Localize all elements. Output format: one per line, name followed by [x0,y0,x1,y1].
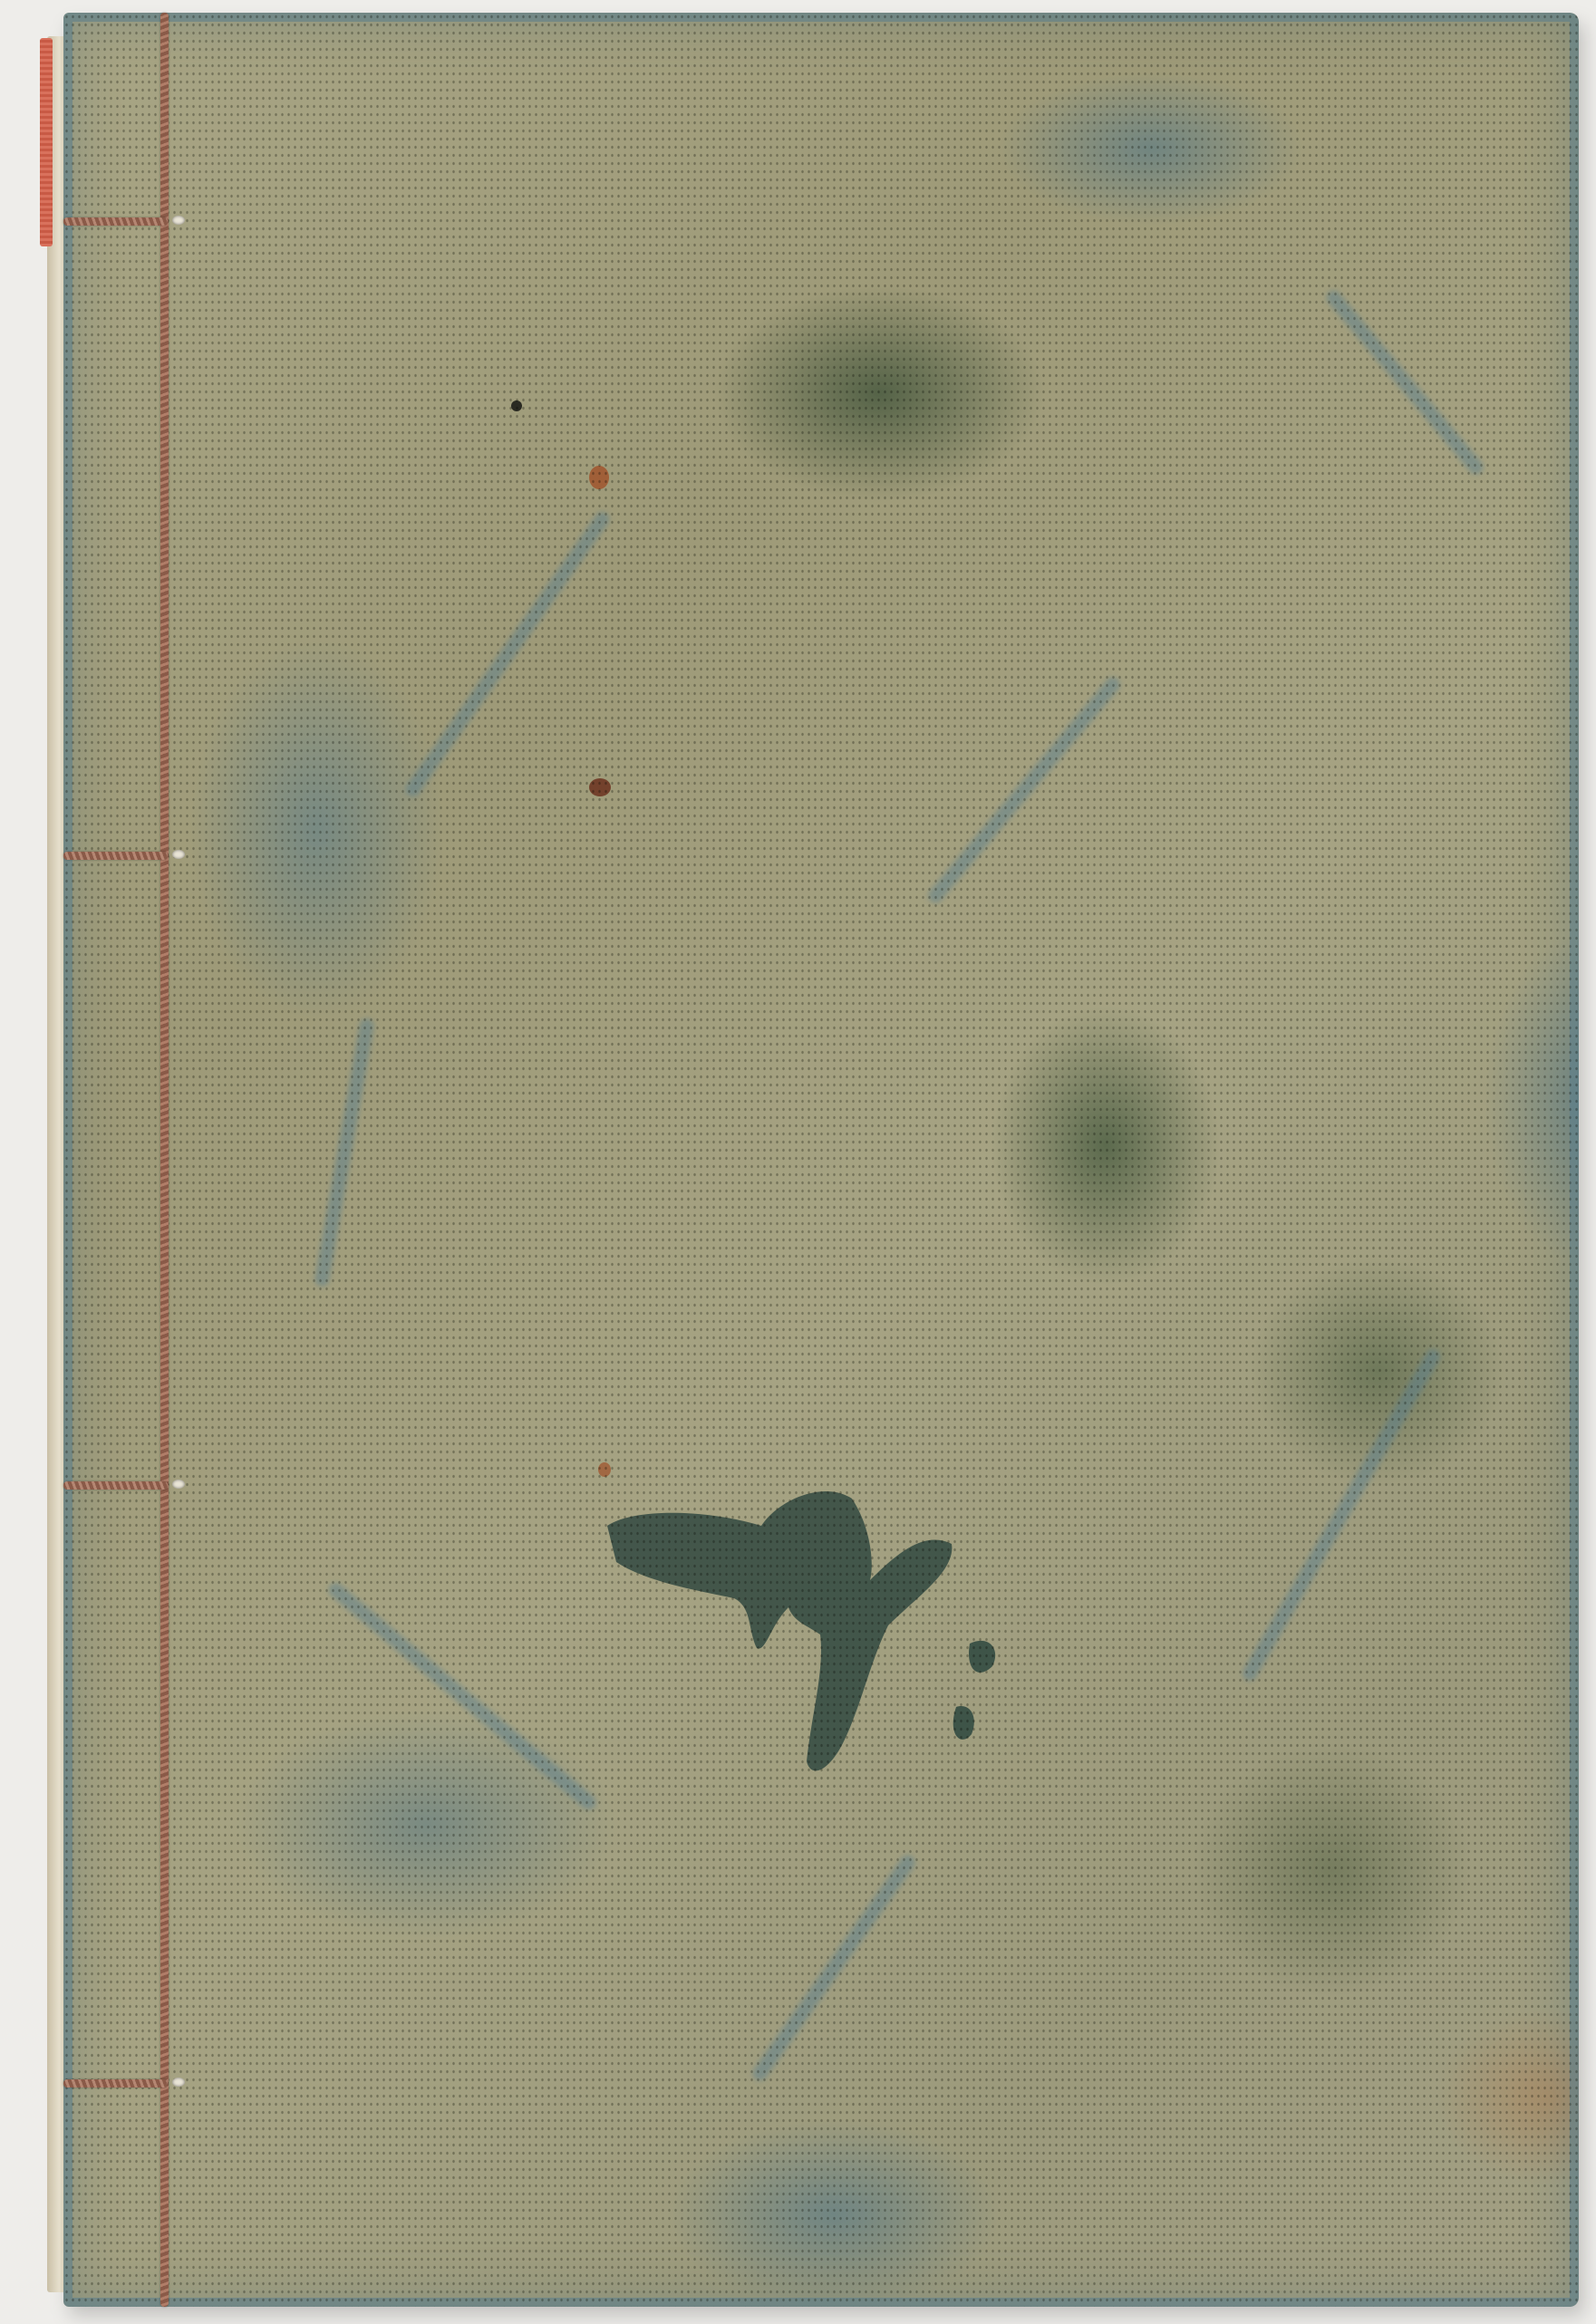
paper-texture [63,13,1579,2307]
stitch-tie-1 [63,217,168,226]
stitch-tie-2 [63,852,168,860]
stitch-hole-3 [172,1480,185,1489]
spine-cloth-corner [40,38,53,246]
stitch-tie-4 [63,2079,168,2088]
stitch-hole-4 [172,2078,185,2087]
book-cover [63,13,1579,2307]
stitch-hole-1 [172,216,185,225]
photo-scene [0,0,1596,2324]
stitch-hole-2 [172,850,185,859]
stitch-tie-3 [63,1481,168,1490]
spine-thread [160,13,169,2307]
